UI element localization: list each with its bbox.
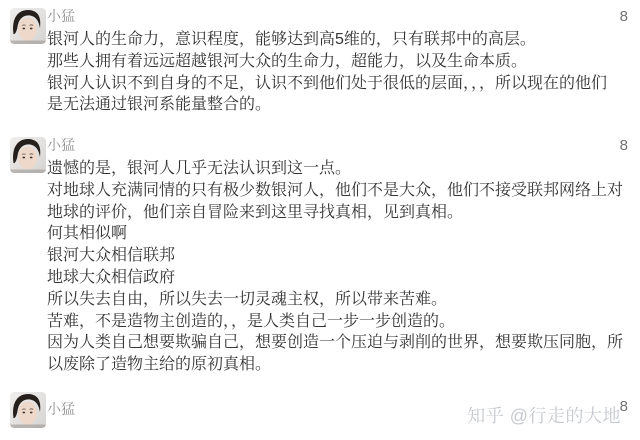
like-count[interactable]: 8 [620, 9, 628, 24]
comment-text-line: 是无法通过银河系能量整合的。 [47, 94, 632, 116]
comment-block: 小猛 遗憾的是，银河人几乎无法认识到这一点。对地球人充满同情的只有极少数银河人，… [0, 137, 640, 376]
comment-text-line: 所以失去自由，所以失去一切灵魂主权，所以带来苦难。 [47, 289, 632, 311]
user-avatar[interactable] [10, 137, 46, 173]
comment-text-line: 地球的评价，他们亲自冒险来到这里寻找真相，见到真相。 [47, 202, 632, 224]
comment-text-line: 因为人类自己想要欺骗自己，想要创造一个压迫与剥削的世界，想要欺压同胞，所 [47, 332, 632, 354]
comment-content: 小猛 遗憾的是，银河人几乎无法认识到这一点。对地球人充满同情的只有极少数银河人，… [47, 137, 632, 376]
comment-text-line: 那些人拥有着远远超越银河大众的生命力，超能力，以及生命本质。 [47, 51, 632, 73]
comment-page: 小猛 银河人的生命力，意识程度，能够达到高5维的，只有联邦中的高层。那些人拥有着… [0, 0, 640, 440]
comment-text-line: 银河人认识不到自身的不足，认识不到他们处于很低的层面，，，所以现在的他们 [47, 73, 632, 95]
user-avatar[interactable] [10, 8, 46, 44]
comment-text-line: 何其相似啊 [47, 223, 632, 245]
comment-text-line: 遗憾的是，银河人几乎无法认识到这一点。 [47, 158, 632, 180]
username[interactable]: 小猛 [47, 138, 75, 153]
user-photo-avatar-icon [10, 8, 46, 44]
comment-text-line: 地球大众相信政府 [47, 267, 632, 289]
comment-text-line: 苦难，不是造物主创造的，，是人类自己一步一步创造的。 [47, 311, 632, 333]
user-photo-avatar-icon [10, 392, 46, 428]
user-photo-avatar-icon [10, 137, 46, 173]
like-count[interactable]: 8 [620, 138, 628, 153]
comment-text-line: 银河大众相信联邦 [47, 245, 632, 267]
comment-block: 小猛 8 [0, 392, 640, 422]
comment-text-line: 对地球人充满同情的只有极少数银河人，他们不是大众，他们不接受联邦网络上对 [47, 180, 632, 202]
comment-block: 小猛 银河人的生命力，意识程度，能够达到高5维的，只有联邦中的高层。那些人拥有着… [0, 8, 640, 116]
comment-text-line: 银河人的生命力，意识程度，能够达到高5维的，只有联邦中的高层。 [47, 29, 632, 51]
username[interactable]: 小猛 [47, 9, 75, 24]
comment-content: 小猛 [47, 392, 632, 422]
comment-text: 遗憾的是，银河人几乎无法认识到这一点。对地球人充满同情的只有极少数银河人，他们不… [47, 158, 632, 376]
username[interactable]: 小猛 [47, 402, 75, 417]
comment-text: 银河人的生命力，意识程度，能够达到高5维的，只有联邦中的高层。那些人拥有着远远超… [47, 29, 632, 116]
like-count[interactable]: 8 [620, 399, 628, 414]
user-avatar[interactable] [10, 392, 46, 428]
comment-text-line: 以废除了造物主给的原初真相。 [47, 354, 632, 376]
comment-content: 小猛 银河人的生命力，意识程度，能够达到高5维的，只有联邦中的高层。那些人拥有着… [47, 8, 632, 116]
